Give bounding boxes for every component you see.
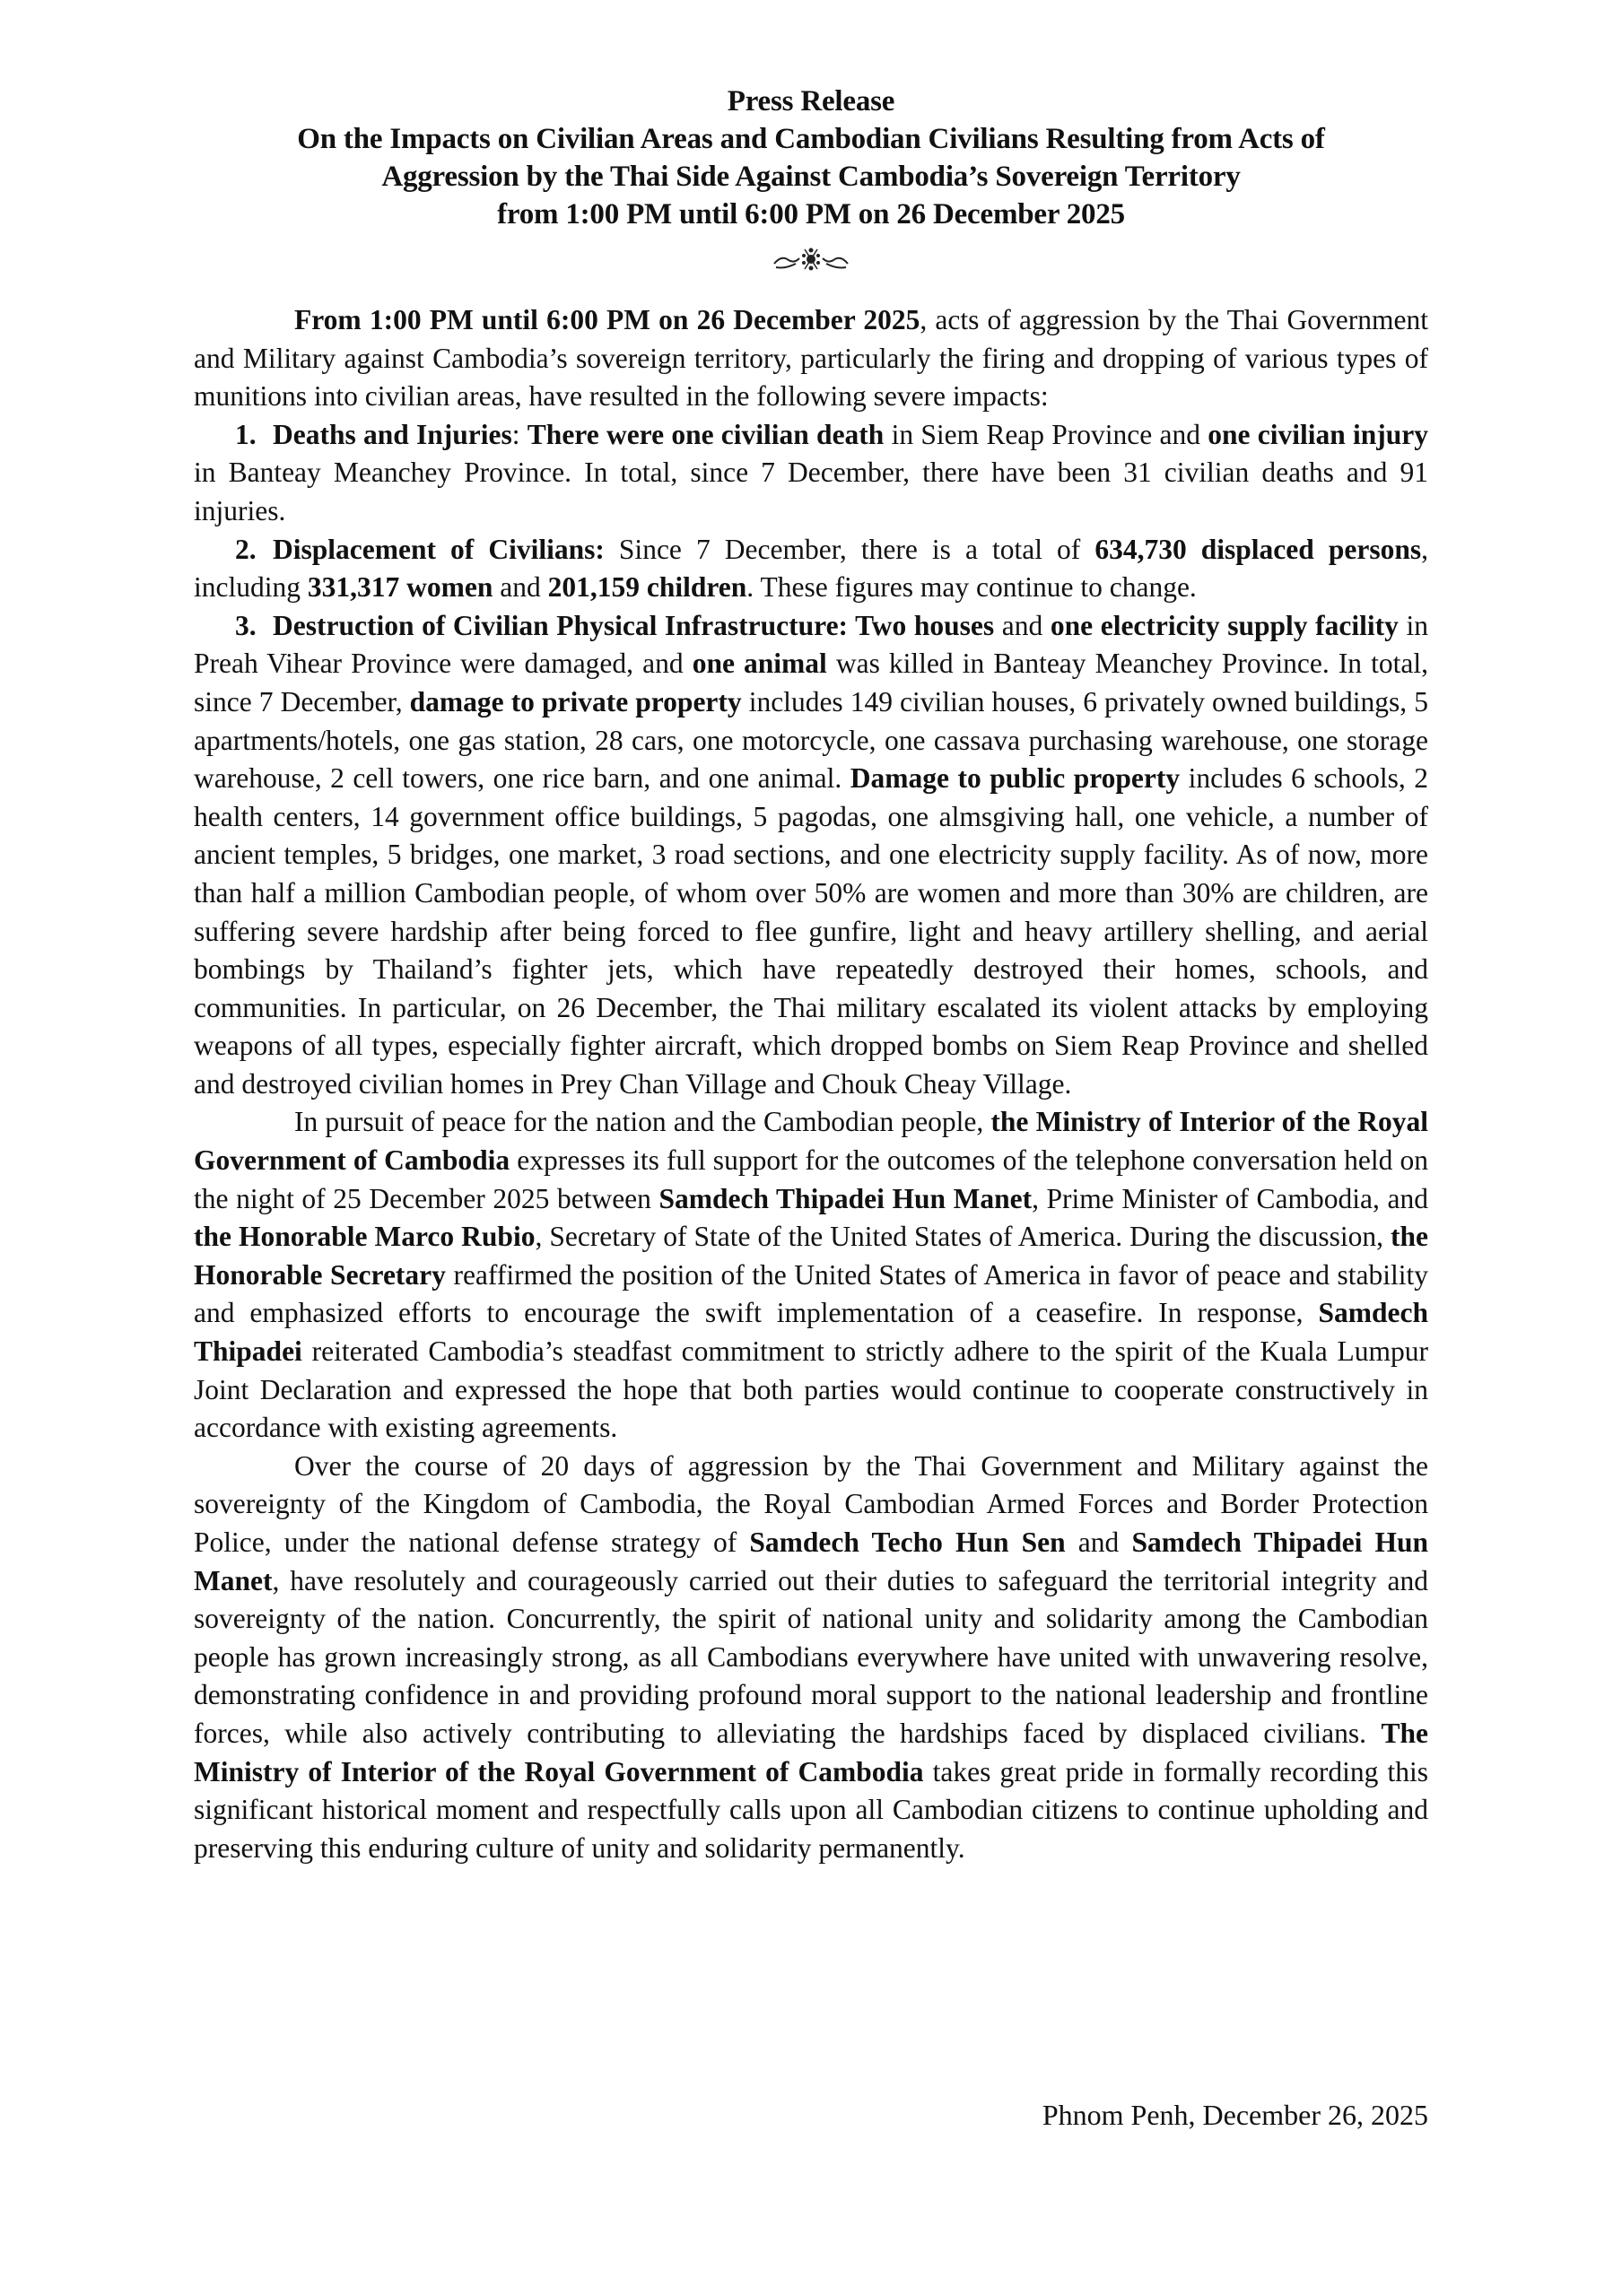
bold-text: one electricity supply facility xyxy=(1051,610,1399,641)
intro-paragraph: From 1:00 PM until 6:00 PM on 26 Decembe… xyxy=(194,301,1428,416)
text: and xyxy=(1066,1526,1132,1558)
text: in Siem Reap Province and xyxy=(884,419,1208,450)
text: includes 6 schools, 2 health centers, 14… xyxy=(194,762,1428,1100)
bold-text: one civilian injury xyxy=(1208,419,1428,450)
bold-text: 634,730 displaced persons xyxy=(1094,534,1421,565)
bold-text: the Honorable Marco Rubio xyxy=(194,1221,535,1252)
list-item-text: Displacement of Civilians: Since 7 Decem… xyxy=(194,534,1428,604)
bold-text: 331,317 women xyxy=(308,571,493,603)
bold-text: Displacement of Civilians: xyxy=(273,534,605,565)
text: and xyxy=(994,610,1051,641)
text: reiterated Cambodia’s steadfast commitme… xyxy=(194,1335,1428,1443)
bold-text: There were one civilian death xyxy=(528,419,885,450)
signoff-place-date: Phnom Penh, December 26, 2025 xyxy=(1042,2099,1428,2132)
list-item-number: 3. xyxy=(235,607,273,646)
list-item: 2.Displacement of Civilians: Since 7 Dec… xyxy=(194,531,1428,607)
text: In pursuit of peace for the nation and t… xyxy=(294,1106,990,1137)
text: and xyxy=(493,571,547,603)
list-item-text: Destruction of Civilian Physical Infrast… xyxy=(194,610,1428,1100)
impacts-list: 1.Deaths and Injuries: There were one ci… xyxy=(194,416,1428,1104)
text: : xyxy=(512,419,528,450)
text: in Banteay Meanchey Province. In total, … xyxy=(194,457,1428,526)
bold-text: damage to private property xyxy=(410,686,742,717)
title-heading: Press Release xyxy=(194,83,1428,120)
unity-paragraph: Over the course of 20 days of aggression… xyxy=(194,1448,1428,1868)
ministry-support-paragraph: In pursuit of peace for the nation and t… xyxy=(194,1103,1428,1447)
text: , have resolutely and courageously carri… xyxy=(194,1565,1428,1749)
ornament-divider-icon xyxy=(194,246,1428,282)
bold-text: one animal xyxy=(693,648,827,679)
bold-text: Samdech Thipadei Hun Manet xyxy=(659,1183,1033,1214)
text: , Secretary of State of the United State… xyxy=(535,1221,1391,1252)
list-item: 1.Deaths and Injuries: There were one ci… xyxy=(194,416,1428,531)
text: , Prime Minister of Cambodia, and xyxy=(1032,1183,1428,1214)
text: . These figures may continue to change. xyxy=(746,571,1197,603)
list-item-number: 2. xyxy=(235,531,273,570)
document-body: From 1:00 PM until 6:00 PM on 26 Decembe… xyxy=(194,301,1428,1867)
list-item-number: 1. xyxy=(235,416,273,455)
list-item-text: Deaths and Injuries: There were one civi… xyxy=(194,419,1428,526)
list-item: 3.Destruction of Civilian Physical Infra… xyxy=(194,607,1428,1104)
bold-text: 201,159 children xyxy=(548,571,747,603)
title-subject-line-2: Aggression by the Thai Side Against Camb… xyxy=(194,158,1428,196)
bold-text: Samdech Techo Hun Sen xyxy=(749,1526,1065,1558)
text: Since 7 December, there is a total of xyxy=(605,534,1094,565)
title-subject-line-1: On the Impacts on Civilian Areas and Cam… xyxy=(194,120,1428,158)
document-title: Press Release On the Impacts on Civilian… xyxy=(194,83,1428,233)
bold-text: Destruction of Civilian Physical Infrast… xyxy=(273,610,994,641)
bold-text: Damage to public property xyxy=(850,762,1180,794)
intro-bold-text: From 1:00 PM until 6:00 PM on 26 Decembe… xyxy=(294,304,920,335)
title-date-range: from 1:00 PM until 6:00 PM on 26 Decembe… xyxy=(194,196,1428,233)
bold-text: Deaths and Injuries xyxy=(273,419,512,450)
press-release-document: Press Release On the Impacts on Civilian… xyxy=(194,83,1428,1867)
